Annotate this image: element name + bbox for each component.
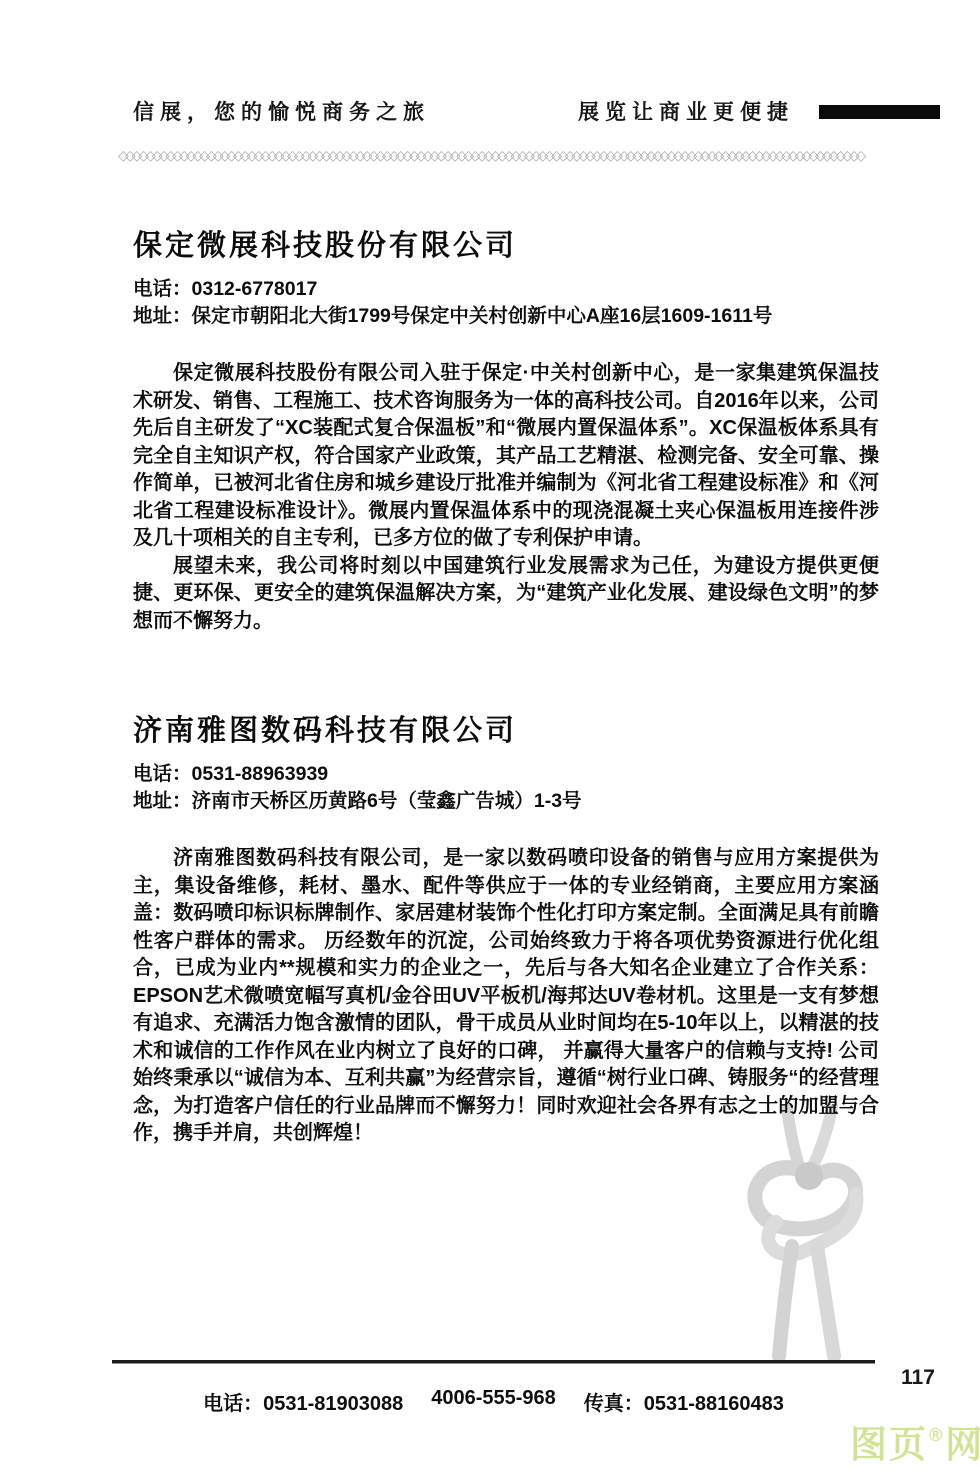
- address-label: 地址：: [133, 305, 192, 327]
- phone-value: 0312-6778017: [192, 278, 318, 300]
- phone-label: 电话：: [133, 763, 192, 785]
- company-description: 济南雅图数码科技有限公司，是一家以数码喷印设备的销售与应用方案提供为主，集设备维…: [133, 845, 879, 1148]
- phone-value: 0531-88963939: [192, 763, 329, 785]
- description-paragraph: 保定微展科技股份有限公司入驻于保定·中关村创新中心，是一家集建筑保温技术研发、销…: [133, 360, 879, 553]
- phone-label: 电话：: [133, 278, 192, 300]
- header-black-bar: [819, 105, 940, 119]
- site-logo-watermark: 图页®网: [850, 1414, 980, 1468]
- address-value: 保定市朝阳北大街1799号保定中关村创新中心A座16层1609-1611号: [192, 305, 773, 327]
- company-address-line: 地址：保定市朝阳北大街1799号保定中关村创新中心A座16层1609-1611号: [133, 303, 879, 330]
- company-phone-line: 电话：0312-6778017: [133, 276, 879, 303]
- company-description: 保定微展科技股份有限公司入驻于保定·中关村创新中心，是一家集建筑保温技术研发、销…: [133, 360, 879, 635]
- address-value: 济南市天桥区历黄路6号（莹鑫广告城）1-3号: [192, 790, 582, 812]
- diamond-divider: ◇◇◇◇◇◇◇◇◇◇◇◇◇◇◇◇◇◇◇◇◇◇◇◇◇◇◇◇◇◇◇◇◇◇◇◇◇◇◇◇…: [118, 146, 882, 164]
- footer-fax: 传真：0531-88160483: [584, 1387, 784, 1416]
- document-page: 信展，您的愉悦商务之旅 展览让商业更便捷 ◇◇◇◇◇◇◇◇◇◇◇◇◇◇◇◇◇◇◇…: [0, 0, 980, 1470]
- company-phone-line: 电话：0531-88963939: [133, 761, 879, 788]
- footer-rule: [112, 1360, 875, 1364]
- company-section-baoding: 保定微展科技股份有限公司 电话：0312-6778017 地址：保定市朝阳北大街…: [133, 228, 879, 635]
- company-name: 保定微展科技股份有限公司: [133, 228, 879, 264]
- page-number: 117: [901, 1366, 935, 1390]
- address-label: 地址：: [133, 790, 192, 812]
- header-slogan-right: 展览让商业更便捷: [578, 96, 794, 126]
- header-slogan-left: 信展，您的愉悦商务之旅: [133, 96, 430, 126]
- footer-hotline: 4006-555-968: [431, 1387, 556, 1416]
- description-paragraph: 展望未来，我公司将时刻以中国建筑行业发展需求为己任，为建设方提供更便捷、更环保、…: [133, 553, 879, 636]
- footer-phone: 电话：0531-81903088: [203, 1387, 403, 1416]
- description-paragraph: 济南雅图数码科技有限公司，是一家以数码喷印设备的销售与应用方案提供为主，集设备维…: [133, 845, 879, 1148]
- site-logo-text: 图页: [850, 1424, 928, 1465]
- company-name: 济南雅图数码科技有限公司: [133, 713, 879, 749]
- registered-trademark-icon: ®: [929, 1425, 944, 1446]
- company-section-jinan: 济南雅图数码科技有限公司 电话：0531-88963939 地址：济南市天桥区历…: [133, 713, 879, 1148]
- company-address-line: 地址：济南市天桥区历黄路6号（莹鑫广告城）1-3号: [133, 788, 879, 815]
- site-logo-text: 网: [945, 1424, 980, 1465]
- footer-contacts: 电话：0531-81903088 4006-555-968 传真：0531-88…: [112, 1387, 875, 1416]
